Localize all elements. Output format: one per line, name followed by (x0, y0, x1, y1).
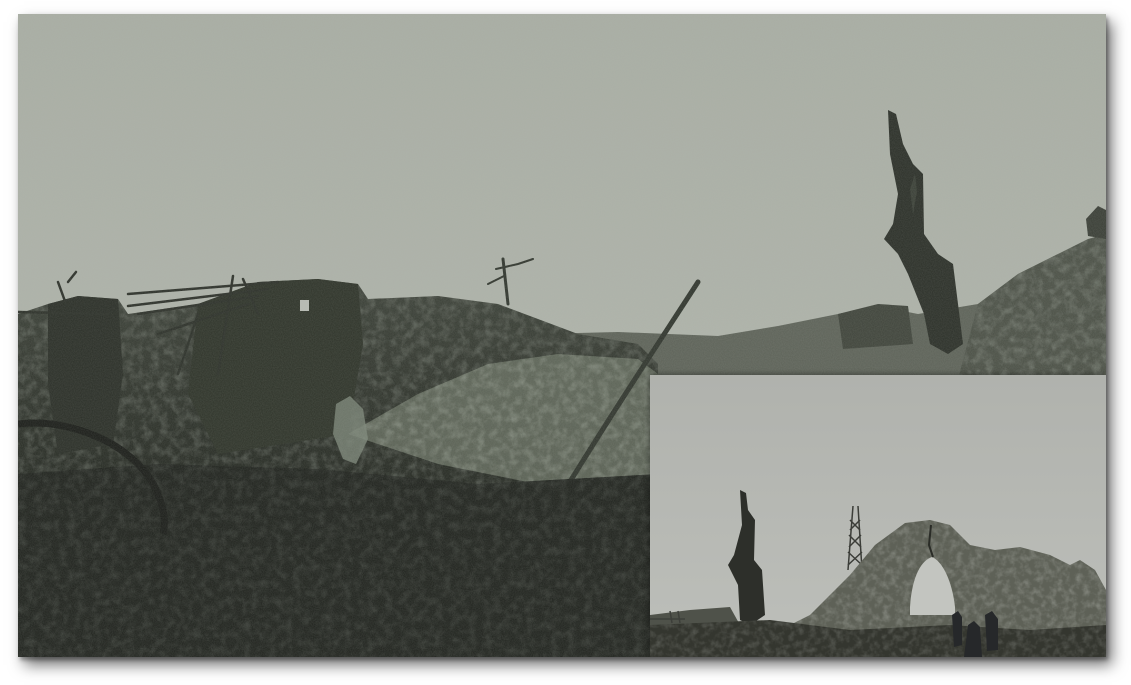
canvas: Historic black-and-white photographs of … (0, 0, 1131, 685)
main-photo (18, 14, 1106, 657)
inset-photo (650, 375, 1106, 657)
inset-photo-scene (650, 375, 1106, 657)
